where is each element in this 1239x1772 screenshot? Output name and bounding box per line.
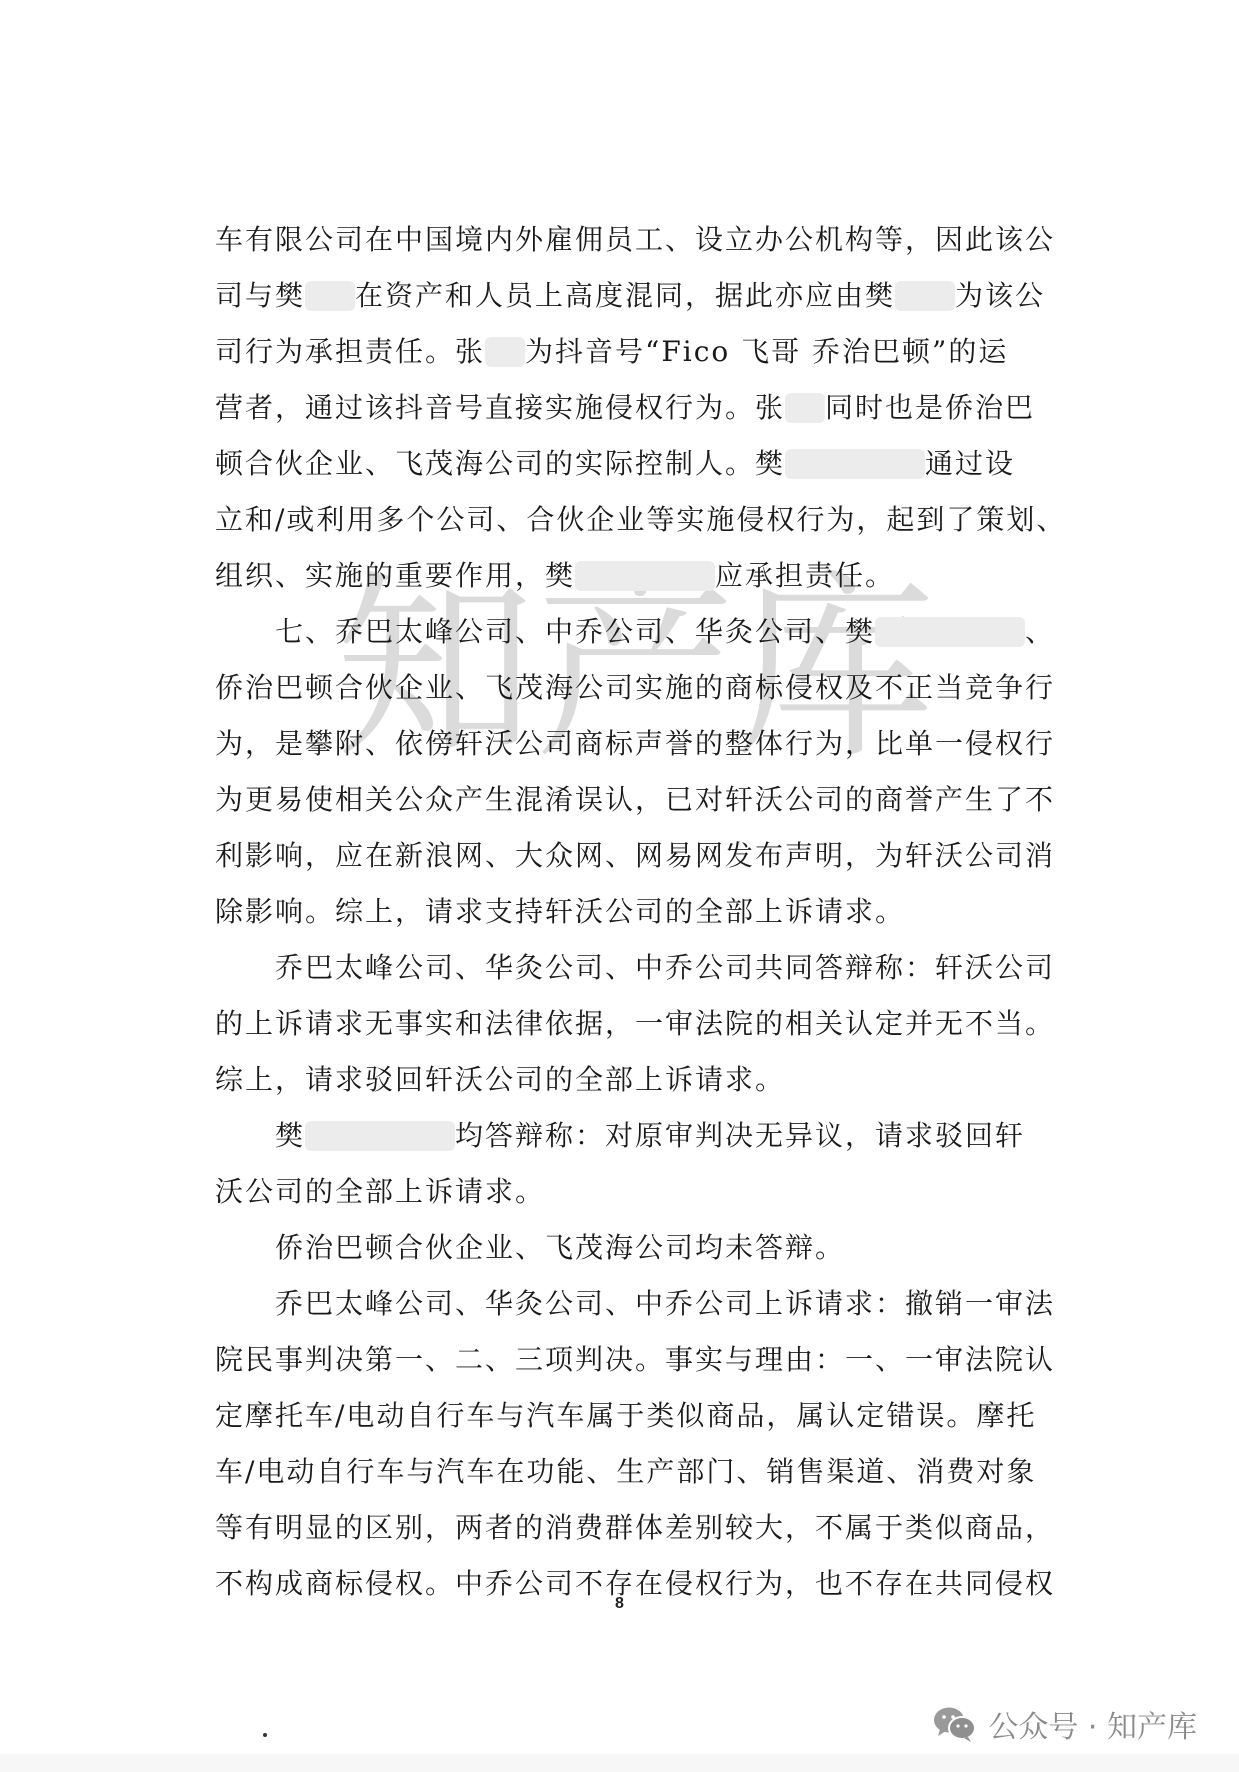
text-line: 侨治巴顿合伙企业、飞茂海公司实施的商标侵权及不正当竞争行 <box>215 660 1035 716</box>
redaction-block <box>875 617 1025 647</box>
wechat-icon <box>932 1705 978 1743</box>
redaction-block <box>305 281 355 311</box>
text-line: 的上诉请求无事实和法律依据，一审法院的相关认定并无不当。 <box>215 996 1035 1052</box>
text-line: 综上，请求驳回轩沃公司的全部上诉请求。 <box>215 1052 1035 1108</box>
text-segment: 立和/或利用多个公司、合伙企业等实施侵权行为，起到了策划、 <box>215 503 1066 536</box>
text-line: 定摩托车/电动自行车与汽车属于类似商品，属认定错误。摩托 <box>215 1388 1035 1444</box>
text-segment: 车有限公司在中国境内外雇佣员工、设立办公机构等，因此该公 <box>215 223 1055 256</box>
text-segment: 司行为承担责任。张 <box>215 335 485 368</box>
text-segment: 七、乔巴太峰公司、中乔公司、华灸公司、樊 <box>275 615 875 648</box>
text-line: 营者，通过该抖音号直接实施侵权行为。张同时也是侨治巴 <box>215 380 1035 436</box>
wechat-account-badge: 公众号 · 知产库 <box>932 1702 1197 1746</box>
text-segment: 樊 <box>275 1119 305 1152</box>
text-line: 立和/或利用多个公司、合伙企业等实施侵权行为，起到了策划、 <box>215 492 1035 548</box>
text-segment: 沃公司的全部上诉请求。 <box>215 1175 545 1208</box>
text-line: 乔巴太峰公司、华灸公司、中乔公司共同答辩称：轩沃公司 <box>215 940 1035 996</box>
text-line: 为更易使相关公众产生混淆误认，已对轩沃公司的商誉产生了不 <box>215 772 1035 828</box>
text-segment: 等有明显的区别，两者的消费群体差别较大，不属于类似商品， <box>215 1511 1055 1544</box>
text-segment: 为抖音号“Fico 飞哥 乔治巴顿”的运 <box>525 335 1008 368</box>
text-segment: 在资产和人员上高度混同，据此亦应由樊 <box>355 279 895 312</box>
text-segment: 车/电动自行车与汽车在功能、生产部门、销售渠道、消费对象 <box>215 1455 1036 1488</box>
text-segment: 侨治巴顿合伙企业、飞茂海公司实施的商标侵权及不正当竞争行 <box>215 671 1055 704</box>
text-segment: 定摩托车/电动自行车与汽车属于类似商品，属认定错误。摩托 <box>215 1399 1036 1432</box>
text-line: 侨治巴顿合伙企业、飞茂海公司均未答辩。 <box>215 1220 1035 1276</box>
text-line: 沃公司的全部上诉请求。 <box>215 1164 1035 1220</box>
text-line: 不构成商标侵权。中乔公司不存在侵权行为，也不存在共同侵权 <box>215 1556 1035 1612</box>
text-segment: 顿合伙企业、飞茂海公司的实际控制人。樊 <box>215 447 785 480</box>
text-segment: 营者，通过该抖音号直接实施侵权行为。张 <box>215 391 785 424</box>
text-line: 等有明显的区别，两者的消费群体差别较大，不属于类似商品， <box>215 1500 1035 1556</box>
text-line: 车/电动自行车与汽车在功能、生产部门、销售渠道、消费对象 <box>215 1444 1035 1500</box>
text-segment: 利影响，应在新浪网、大众网、网易网发布声明，为轩沃公司消 <box>215 839 1055 872</box>
text-segment: 、 <box>1025 615 1055 648</box>
text-line: 樊均答辩称：对原审判决无异议，请求驳回轩 <box>215 1108 1035 1164</box>
text-line: 院民事判决第一、二、三项判决。事实与理由：一、一审法院认 <box>215 1332 1035 1388</box>
text-line: 乔巴太峰公司、华灸公司、中乔公司上诉请求：撤销一审法 <box>215 1276 1035 1332</box>
text-segment: 乔巴太峰公司、华灸公司、中乔公司上诉请求：撤销一审法 <box>275 1287 1055 1320</box>
text-segment: 为，是攀附、依傍轩沃公司商标声誉的整体行为，比单一侵权行 <box>215 727 1055 760</box>
redaction-block <box>895 281 955 311</box>
text-line: 利影响，应在新浪网、大众网、网易网发布声明，为轩沃公司消 <box>215 828 1035 884</box>
text-segment: 应承担责任。 <box>715 559 895 592</box>
text-line: 为，是攀附、依傍轩沃公司商标声誉的整体行为，比单一侵权行 <box>215 716 1035 772</box>
text-segment: 侨治巴顿合伙企业、飞茂海公司均未答辩。 <box>275 1231 845 1264</box>
text-line: 除影响。综上，请求支持轩沃公司的全部上诉请求。 <box>215 884 1035 940</box>
text-segment: 司与樊 <box>215 279 305 312</box>
text-segment: 同时也是侨治巴 <box>825 391 1035 424</box>
redaction-block <box>785 393 825 423</box>
text-line: 车有限公司在中国境内外雇佣员工、设立办公机构等，因此该公 <box>215 212 1035 268</box>
text-segment: 通过设 <box>925 447 1015 480</box>
text-segment: 乔巴太峰公司、华灸公司、中乔公司共同答辩称：轩沃公司 <box>275 951 1055 984</box>
text-segment: 均答辩称：对原审判决无异议，请求驳回轩 <box>455 1119 1025 1152</box>
text-line: 顿合伙企业、飞茂海公司的实际控制人。樊通过设 <box>215 436 1035 492</box>
document-body: 车有限公司在中国境内外雇佣员工、设立办公机构等，因此该公司与樊在资产和人员上高度… <box>215 212 1035 1612</box>
text-line: 七、乔巴太峰公司、中乔公司、华灸公司、樊、 <box>215 604 1035 660</box>
scan-speck <box>263 1733 267 1737</box>
text-segment: 综上，请求驳回轩沃公司的全部上诉请求。 <box>215 1063 785 1096</box>
text-segment: 为该公 <box>955 279 1045 312</box>
text-line: 司与樊在资产和人员上高度混同，据此亦应由樊为该公 <box>215 268 1035 324</box>
text-segment: 不构成商标侵权。中乔公司不存在侵权行为，也不存在共同侵权 <box>215 1567 1055 1600</box>
text-segment: 除影响。综上，请求支持轩沃公司的全部上诉请求。 <box>215 895 905 928</box>
text-segment: 组织、实施的重要作用，樊 <box>215 559 575 592</box>
footer-label: 公众号 · 知产库 <box>988 1702 1197 1746</box>
text-segment: 为更易使相关公众产生混淆误认，已对轩沃公司的商誉产生了不 <box>215 783 1055 816</box>
text-segment: 院民事判决第一、二、三项判决。事实与理由：一、一审法院认 <box>215 1343 1055 1376</box>
text-segment: 的上诉请求无事实和法律依据，一审法院的相关认定并无不当。 <box>215 1007 1055 1040</box>
redaction-block <box>485 337 525 367</box>
bottom-strip <box>0 1754 1239 1772</box>
redaction-block <box>785 449 925 479</box>
redaction-block <box>575 561 715 591</box>
redaction-block <box>305 1121 455 1151</box>
text-line: 组织、实施的重要作用，樊应承担责任。 <box>215 548 1035 604</box>
text-line: 司行为承担责任。张为抖音号“Fico 飞哥 乔治巴顿”的运 <box>215 324 1035 380</box>
